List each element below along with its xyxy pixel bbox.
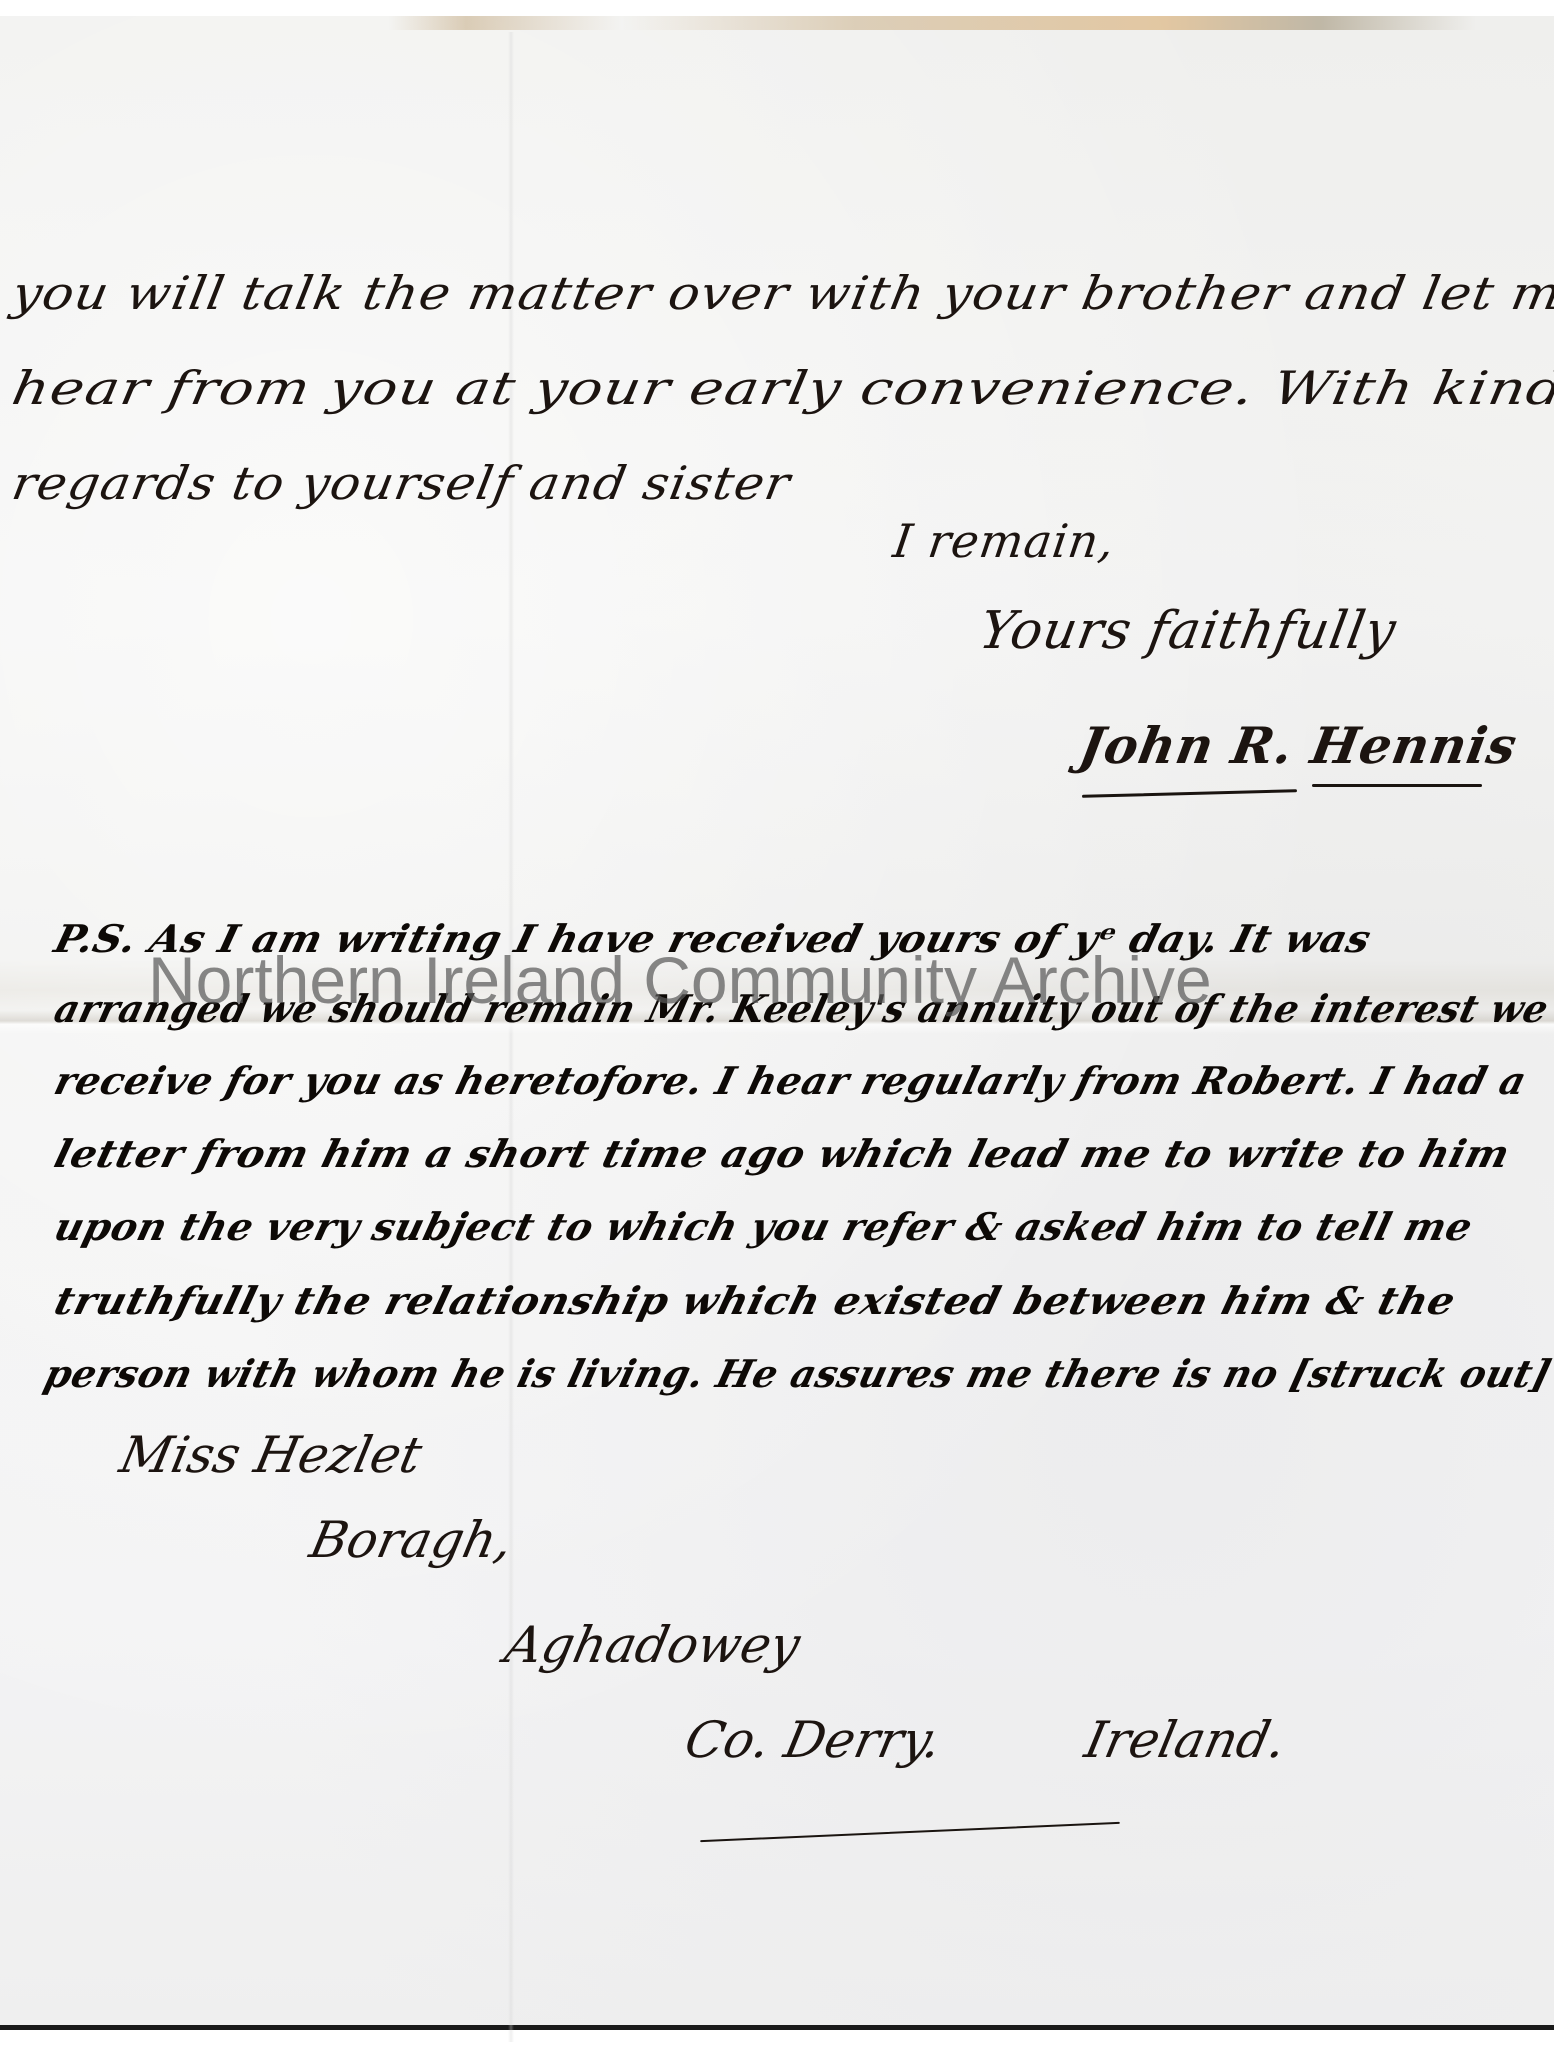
address-flourish-line <box>700 1822 1120 1842</box>
body-line-1: you will talk the matter over with your … <box>8 266 1554 320</box>
address-recipient: Miss Hezlet <box>115 1426 427 1484</box>
body-line-3: regards to yourself and sister <box>8 456 795 510</box>
address-country: Ireland. <box>1080 1711 1291 1769</box>
signature-underline-left <box>1082 789 1297 798</box>
valediction-yours-faithfully: Yours faithfully <box>975 601 1401 661</box>
postscript-line-4: letter from him a short time ago which l… <box>50 1131 1515 1176</box>
address-townland: Boragh, <box>305 1511 518 1569</box>
valediction-i-remain: I remain, <box>890 514 1119 568</box>
postscript-line-3: receive for you as heretofore. I hear re… <box>50 1058 1531 1103</box>
vertical-fold-crease <box>508 32 514 2042</box>
scorched-top-edge <box>0 16 1554 30</box>
body-line-2: hear from you at your early convenience.… <box>8 361 1554 415</box>
postscript-line-5: upon the very subject to which you refer… <box>50 1204 1477 1249</box>
letter-page: you will talk the matter over with your … <box>0 16 1554 2030</box>
archive-watermark: Northern Ireland Community Archive <box>148 942 1212 1018</box>
postscript-line-6: truthfully the relationship which existe… <box>50 1278 1460 1323</box>
postscript-line-7: person with whom he is living. He assure… <box>40 1351 1554 1396</box>
signature: John R. Hennis <box>1075 716 1522 775</box>
address-village: Aghadowey <box>500 1616 805 1674</box>
signature-underline-right <box>1312 784 1482 787</box>
address-county: Co. Derry. <box>680 1711 947 1769</box>
